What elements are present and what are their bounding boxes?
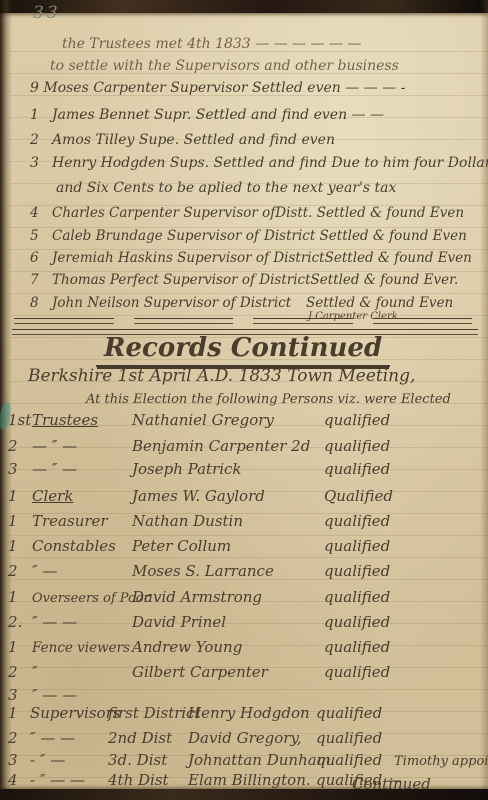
entry-number: 2: [30, 132, 52, 148]
row-number: 1: [8, 588, 32, 606]
page-number: 33: [33, 3, 61, 23]
entry-text: Jeremiah Haskins Supervisor of District: [52, 250, 325, 266]
district-label: 2nd Dist: [108, 729, 188, 747]
settlement-entry: 4 Charles Carpenter Supervisor of Distt.…: [30, 205, 476, 221]
separator-segment: [253, 318, 353, 324]
supervisor-row: 3 - ″ — 3d. Dist Johnattan Dunham qualif…: [8, 751, 484, 769]
records-heading-text: Records Continued: [96, 333, 390, 367]
entry-text: Charles Carpenter Supervisor of: [52, 205, 275, 221]
office-label: — ″ —: [32, 437, 132, 455]
settlement-intro-line: 9 Moses Carpenter Supervisor Settled eve…: [30, 80, 405, 96]
entry-text: Henry Hodgden Sups. Settled and find Due…: [52, 155, 488, 171]
status-label: Qualified: [324, 487, 480, 505]
office-label: Treasurer: [32, 512, 132, 530]
office-label: Clerk: [32, 487, 132, 505]
entry-number: 6: [30, 250, 52, 266]
entry-number: 4: [30, 205, 52, 221]
person-name: James W. Gaylord: [132, 487, 324, 505]
row-number: 2: [8, 562, 32, 580]
row-number: 3: [8, 460, 32, 478]
settlement-intro-line: to settle with the Supervisors and other…: [50, 58, 399, 74]
page-right-edge: [480, 0, 488, 800]
person-name: Benjamin Carpenter 2d: [132, 437, 324, 455]
person-name: David Prinel: [132, 613, 324, 631]
row-number: 2: [8, 729, 30, 747]
office-label: ″ — —: [32, 686, 132, 704]
status-label: qualified: [324, 638, 480, 656]
settlement-intro-line: the Trustees met 4th 1833 — — — — — —: [62, 36, 361, 52]
row-number: 1: [8, 487, 32, 505]
person-name: Joseph Patrick: [132, 460, 324, 478]
row-number: 1: [8, 638, 32, 656]
entry-number: 7: [30, 272, 52, 288]
row-number: 1: [8, 537, 32, 555]
person-name: Henry Hodgdon: [188, 704, 316, 722]
entry-number: 1: [30, 107, 52, 123]
person-name: David Gregory,: [188, 729, 316, 747]
status-label: qualified: [324, 562, 480, 580]
row-number: 2.: [8, 613, 32, 631]
entry-status: Settled & found Even: [325, 250, 488, 266]
record-row: 1 Overseers of Poor David Armstrong qual…: [8, 588, 480, 606]
record-row: 1 Constables Peter Collum qualified: [8, 537, 480, 555]
office-label: - ″ —: [30, 751, 108, 769]
records-heading: Records Continued: [88, 333, 398, 363]
separator-segment: [134, 318, 234, 324]
settlement-entry: 2 Amos Tilley Supe. Settled and find eve…: [30, 132, 468, 148]
status-label: qualified: [324, 537, 480, 555]
office-label: Constables: [32, 537, 132, 555]
book-binding-top: [0, 0, 488, 13]
office-label: ″ — —: [32, 613, 132, 631]
entry-text: Caleb Brundage Supervisor of: [52, 228, 264, 244]
row-number: 4: [8, 771, 30, 789]
entry-number: 8: [30, 295, 52, 311]
settlement-entry: 6 Jeremiah Haskins Supervisor of Distric…: [30, 250, 476, 266]
settlement-entry: 5 Caleb Brundage Supervisor of District …: [30, 228, 476, 244]
row-number: 2: [8, 663, 32, 681]
entry-status: Settled & found Even: [306, 295, 476, 311]
office-label: ″ — —: [30, 729, 108, 747]
status-label: qualified: [316, 704, 394, 722]
record-row: 3 ″ — —: [8, 686, 480, 704]
record-row: 1 Treasurer Nathan Dustin qualified: [8, 512, 480, 530]
office-label: ″ —: [32, 562, 132, 580]
entry-number: 3: [30, 155, 52, 171]
separator-segments: [14, 318, 472, 324]
row-number: 1: [8, 704, 30, 722]
office-label: ″: [32, 663, 132, 681]
person-name: David Armstrong: [132, 588, 324, 606]
person-name: Andrew Young: [132, 638, 324, 656]
entry-text: Amos Tilley Supe. Settled and find even: [52, 132, 468, 148]
entry-status: Distt. Settled & found Even: [275, 205, 487, 221]
entry-status: Settled & found Ever.: [311, 272, 481, 288]
office-label: Supervisors: [30, 704, 108, 722]
election-subheading: At this Election the following Persons v…: [86, 392, 451, 407]
status-label: qualified: [316, 729, 394, 747]
row-number: 3: [8, 686, 32, 704]
row-number: 3: [8, 751, 30, 769]
status-label: qualified: [324, 663, 480, 681]
settlement-entry-continuation: and Six Cents to be aplied to the next y…: [56, 180, 396, 196]
status-label: qualified: [324, 512, 480, 530]
person-name: Peter Collum: [132, 537, 324, 555]
status-label: qualified: [324, 613, 480, 631]
row-number: 1: [8, 512, 32, 530]
office-label: Overseers of Poor: [32, 591, 132, 606]
record-row: 1st Trustees Nathaniel Gregory qualified: [8, 411, 480, 429]
separator-segment: [373, 318, 473, 324]
status-label: qualified: [324, 588, 480, 606]
status-label: qualified: [324, 437, 480, 455]
person-name: Gilbert Carpenter: [132, 663, 324, 681]
status-label: qualified: [324, 460, 480, 478]
office-label: — ″ —: [32, 460, 132, 478]
settlement-entry: 3 Henry Hodgden Sups. Settled and find D…: [30, 155, 480, 171]
entry-text: John Neilson Supervisor of District: [52, 295, 306, 311]
status-label: qualified: [316, 751, 394, 769]
person-name: Nathaniel Gregory: [132, 411, 324, 429]
record-row: 3 — ″ — Joseph Patrick qualified: [8, 460, 480, 478]
entry-status: District Settled & found Even: [264, 228, 476, 244]
row-number: 2: [8, 437, 32, 455]
settlement-entry: 7 Thomas Perfect Supervisor of District …: [30, 272, 476, 288]
district-label: 4th Dist: [108, 771, 188, 789]
record-row: 2 ″ Gilbert Carpenter qualified: [8, 663, 480, 681]
person-name: Moses S. Larrance: [132, 562, 324, 580]
office-label: Fence viewers: [32, 640, 132, 656]
district-label: first District: [108, 704, 188, 722]
entry-text: James Bennet Supr. Settled and find even…: [52, 107, 468, 123]
entry-number: 5: [30, 228, 52, 244]
row-number: 1st: [8, 411, 32, 429]
person-name: Nathan Dustin: [132, 512, 324, 530]
office-label: - ″ — —: [30, 771, 108, 789]
record-row: 2 ″ — Moses S. Larrance qualified: [8, 562, 480, 580]
settlement-entry: 8 John Neilson Supervisor of District Se…: [30, 295, 476, 311]
continued-label: Continued: [352, 775, 431, 793]
supervisor-row: 1 Supervisors first District Henry Hodgd…: [8, 704, 484, 722]
person-name: Elam Billington.: [188, 771, 316, 789]
separator-segment: [14, 318, 114, 324]
record-row: 1 Fence viewers Andrew Young qualified: [8, 638, 480, 656]
record-row: 2. ″ — — David Prinel qualified: [8, 613, 480, 631]
office-label: Trustees: [32, 411, 132, 429]
status-label: qualified: [324, 411, 480, 429]
record-row: 2 — ″ — Benjamin Carpenter 2d qualified: [8, 437, 480, 455]
record-row: 1 Clerk James W. Gaylord Qualified: [8, 487, 480, 505]
settlement-entry: 1 James Bennet Supr. Settled and find ev…: [30, 107, 468, 123]
person-name: Johnattan Dunham: [188, 751, 316, 769]
note-label: Timothy appointed: [394, 754, 488, 769]
ledger-page: { "colors": { "paper": "#d8c8a3", "ink":…: [0, 0, 488, 800]
meeting-subheading: Berkshire 1st April A.D. 1833 Town Meeti…: [28, 366, 415, 386]
district-label: 3d. Dist: [108, 751, 188, 769]
supervisor-row: 2 ″ — — 2nd Dist David Gregory, qualifie…: [8, 729, 484, 747]
entry-text: Thomas Perfect Supervisor of District: [52, 272, 311, 288]
